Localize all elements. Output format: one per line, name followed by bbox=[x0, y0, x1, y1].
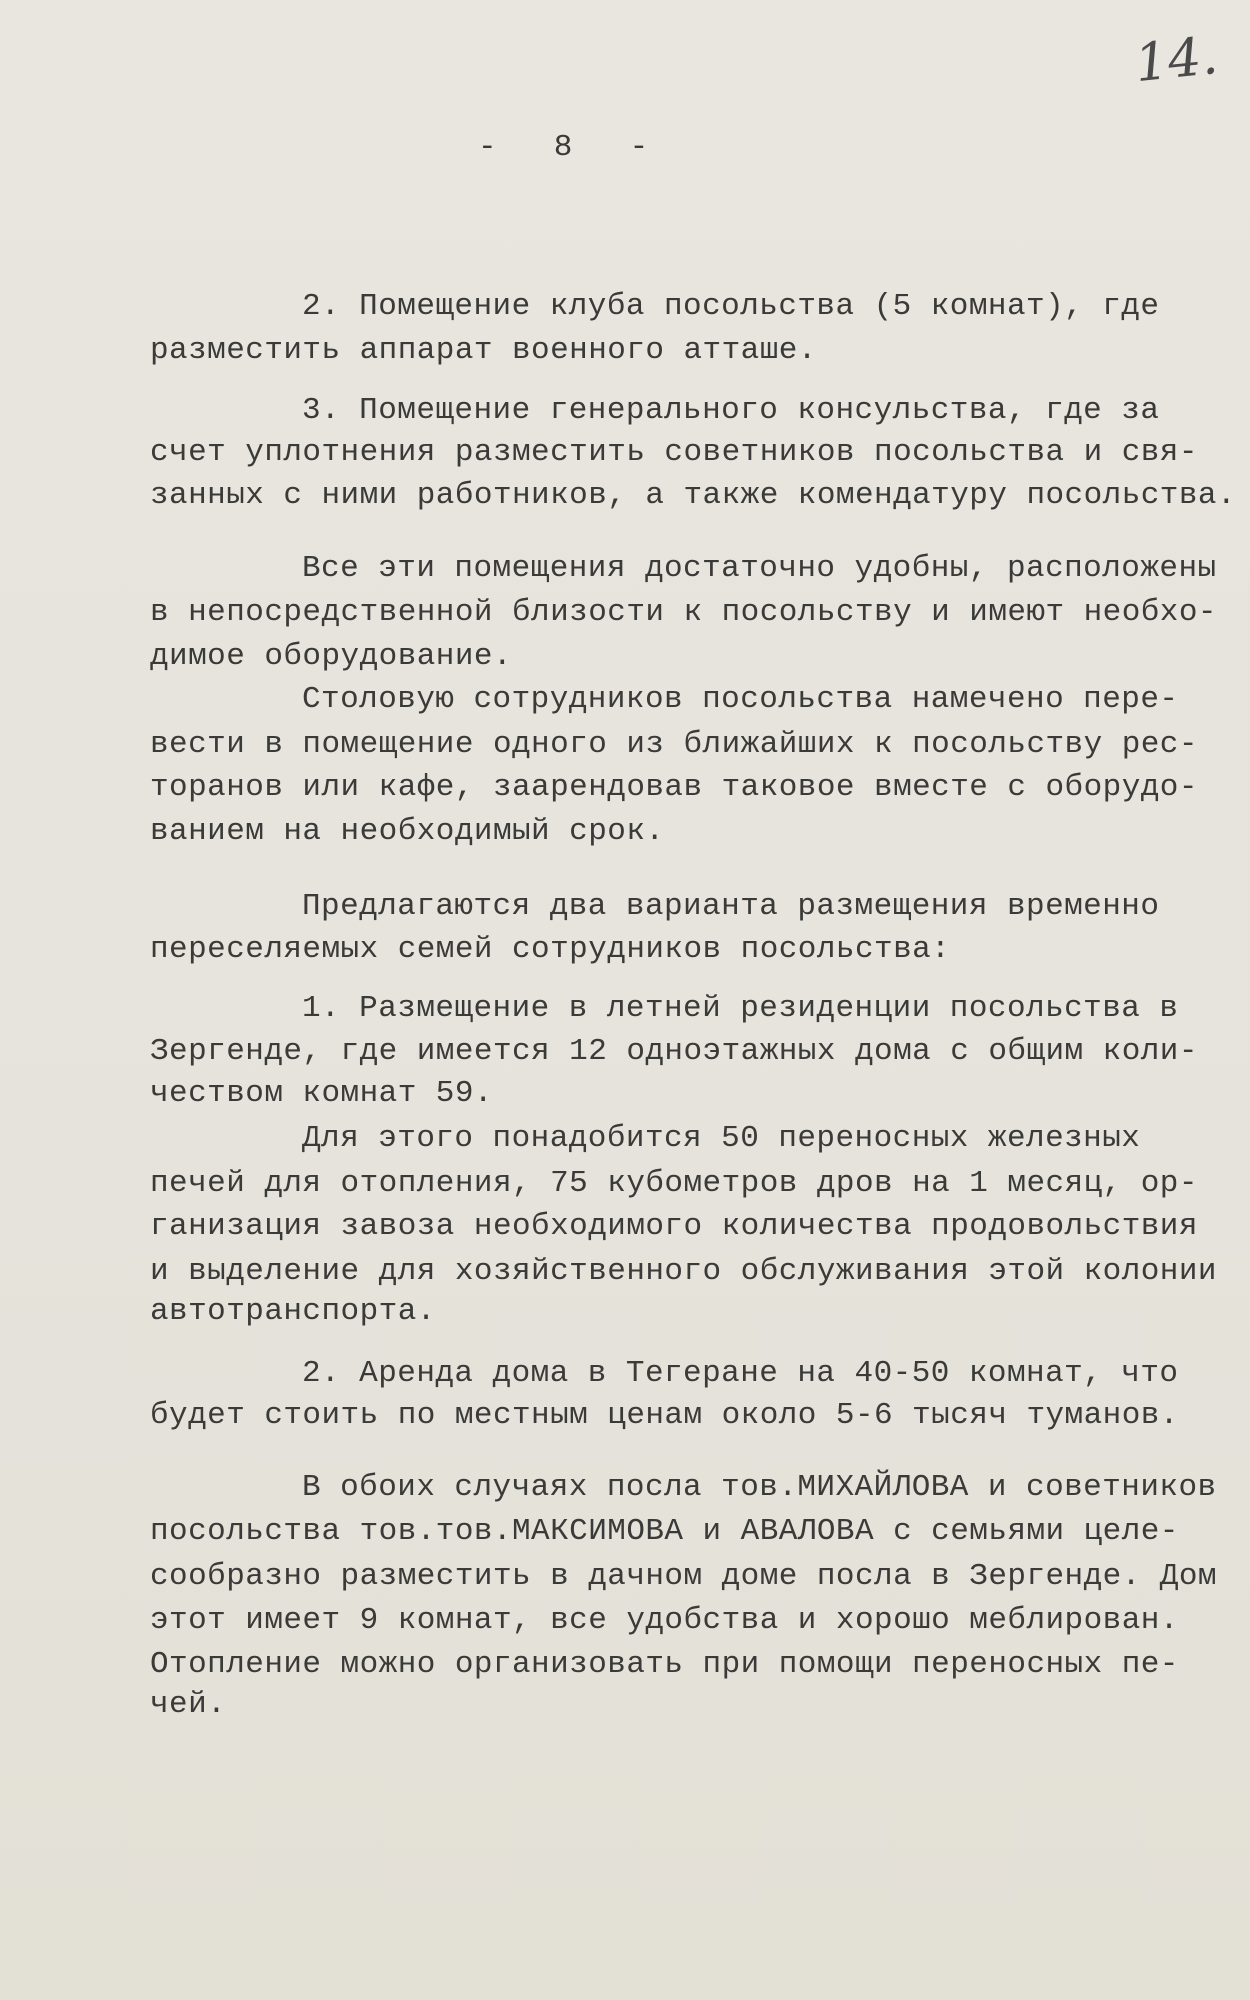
text-line: Предлагаются два варианта размещения вре… bbox=[302, 889, 1159, 925]
text-line: димое оборудование. bbox=[150, 639, 512, 675]
text-line: вести в помещение одного из ближайших к … bbox=[150, 727, 1198, 763]
text-line: чеством комнат 59. bbox=[150, 1076, 493, 1112]
text-line: будет стоить по местным ценам около 5-6 … bbox=[150, 1398, 1179, 1434]
text-line: 1. Размещение в летней резиденции посоль… bbox=[302, 991, 1178, 1027]
text-line: Отопление можно организовать при помощи … bbox=[150, 1647, 1179, 1683]
text-line: Все эти помещения достаточно удобны, рас… bbox=[302, 551, 1217, 587]
text-line: ганизация завоза необходимого количества… bbox=[150, 1209, 1198, 1245]
text-line: 2. Помещение клуба посольства (5 комнат)… bbox=[302, 289, 1159, 325]
handwritten-folio-number: 14. bbox=[1132, 26, 1221, 94]
typewritten-page: 14. - 8 - 2. Помещение клуба посольства … bbox=[0, 0, 1250, 2000]
text-line: Столовую сотрудников посольства намечено… bbox=[302, 682, 1178, 718]
text-line: автотранспорта. bbox=[150, 1294, 436, 1330]
text-line: в непосредственной близости к посольству… bbox=[150, 595, 1217, 631]
text-line: посольства тов.тов.МАКСИМОВА и АВАЛОВА с… bbox=[150, 1514, 1179, 1550]
page-number: - 8 - bbox=[478, 130, 648, 165]
text-line: ванием на необходимый срок. bbox=[150, 814, 664, 850]
text-line: и выделение для хозяйственного обслужива… bbox=[150, 1254, 1217, 1290]
text-line: этот имеет 9 комнат, все удобства и хоро… bbox=[150, 1603, 1179, 1639]
text-line: чей. bbox=[150, 1687, 226, 1723]
text-line: Для этого понадобится 50 переносных желе… bbox=[302, 1121, 1140, 1157]
text-line: 3. Помещение генерального консульства, г… bbox=[302, 393, 1159, 429]
text-line: торанов или кафе, заарендовав таковое вм… bbox=[150, 770, 1198, 806]
text-line: счет уплотнения разместить советников по… bbox=[150, 435, 1198, 471]
text-line: сообразно разместить в дачном доме посла… bbox=[150, 1559, 1217, 1595]
text-line: переселяемых семей сотрудников посольств… bbox=[150, 932, 950, 968]
text-line: 2. Аренда дома в Тегеране на 40-50 комна… bbox=[302, 1356, 1178, 1392]
text-line: Зергенде, где имеется 12 одноэтажных дом… bbox=[150, 1034, 1198, 1070]
text-line: разместить аппарат военного атташе. bbox=[150, 333, 817, 369]
text-line: занных с ними работников, а также коменд… bbox=[150, 478, 1236, 514]
text-line: печей для отопления, 75 кубометров дров … bbox=[150, 1166, 1198, 1202]
text-line: В обоих случаях посла тов.МИХАЙЛОВА и со… bbox=[302, 1470, 1217, 1506]
